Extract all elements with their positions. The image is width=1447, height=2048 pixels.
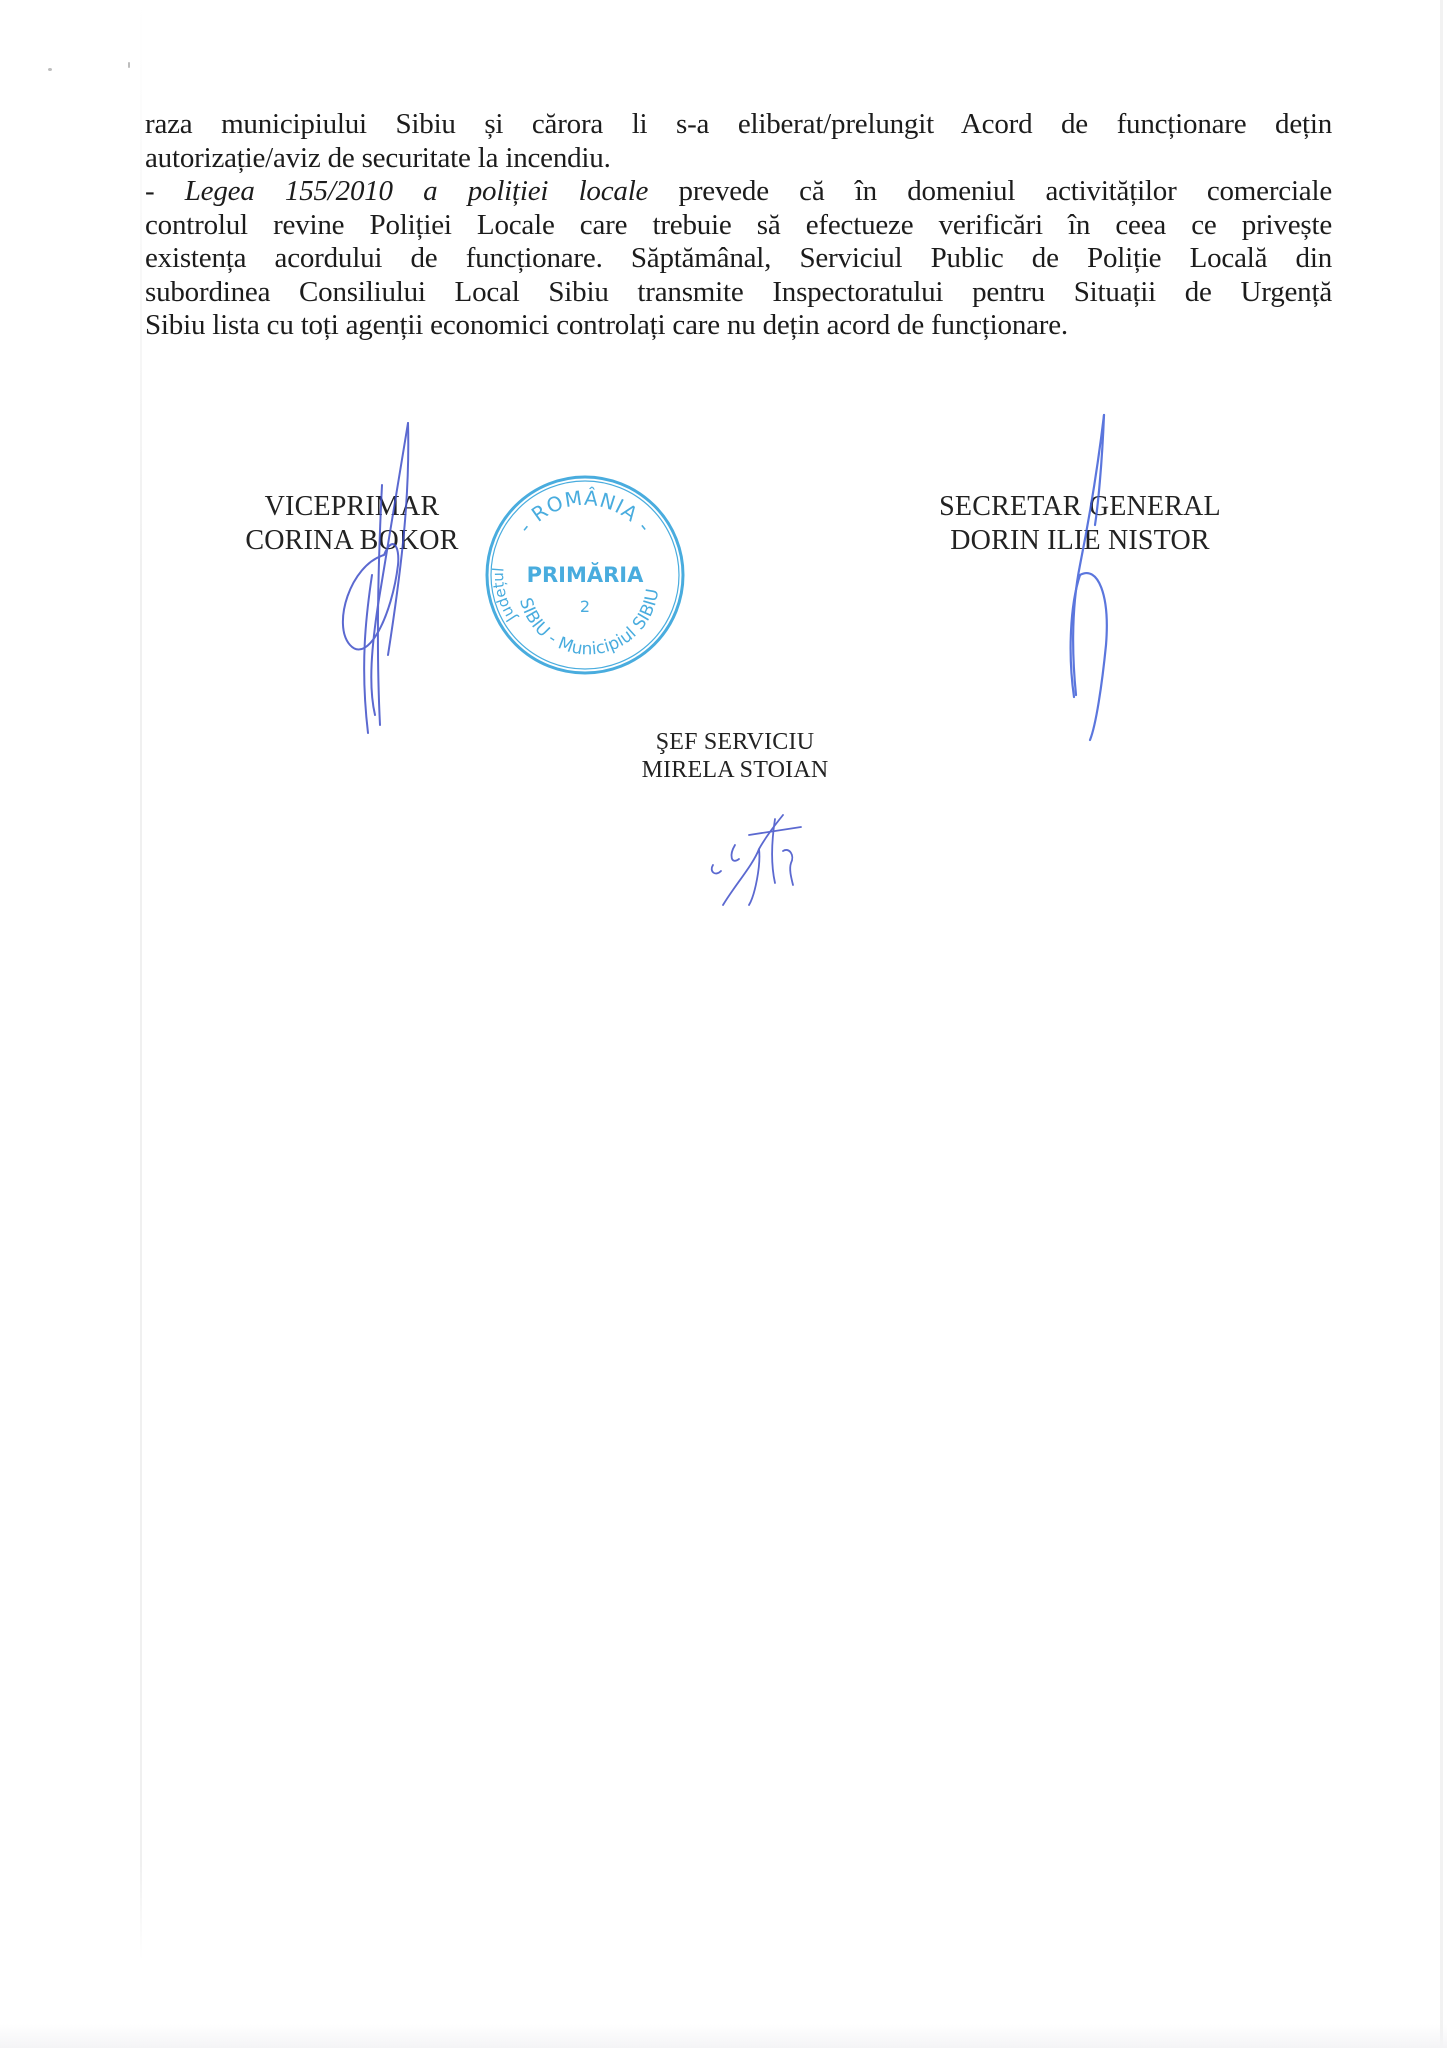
svg-text:2: 2 xyxy=(580,597,590,616)
svg-text:PRIMĂRIA: PRIMĂRIA xyxy=(527,562,645,587)
bullet-dash: - xyxy=(145,175,185,207)
text-line: existența acordului de funcționare. Săpt… xyxy=(145,242,1332,276)
signature-viceprimar-icon xyxy=(320,415,430,735)
signatory-name: DORIN ILIE NISTOR xyxy=(900,524,1260,558)
text-line: - Legea 155/2010 a poliției locale preve… xyxy=(145,175,1332,209)
signature-sef-serviciu-icon xyxy=(705,805,815,915)
official-stamp-icon: - ROMÂNIA - Județul SIBIU - Municipiul S… xyxy=(480,470,690,680)
signature-block-secretar-general: SECRETAR GENERAL DORIN ILIE NISTOR xyxy=(900,490,1260,558)
scan-speck xyxy=(48,68,52,71)
scan-edge-left xyxy=(140,0,142,1960)
text-line: raza municipiului Sibiu și cărora li s-a… xyxy=(145,108,1332,142)
text-segment: prevede că în domeniul activităților com… xyxy=(648,175,1332,207)
signatory-title: VICEPRIMAR xyxy=(222,490,482,524)
signatory-title: ŞEF SERVICIU xyxy=(600,728,870,756)
body-text: raza municipiului Sibiu și cărora li s-a… xyxy=(145,108,1332,343)
svg-text:Județul: Județul xyxy=(489,567,520,626)
scan-bottom-shadow xyxy=(0,2024,1447,2048)
paragraph-fire-safety: raza municipiului Sibiu și cărora li s-a… xyxy=(145,108,1332,175)
signature-block-viceprimar: VICEPRIMAR CORINA BOKOR xyxy=(222,490,482,558)
text-line: autorizație/aviz de securitate la incend… xyxy=(145,142,1332,176)
signatory-name: CORINA BOKOR xyxy=(222,524,482,558)
text-line: Sibiu lista cu toți agenții economici co… xyxy=(145,309,1332,343)
text-line: subordinea Consiliului Local Sibiu trans… xyxy=(145,276,1332,310)
paragraph-local-police-law: - Legea 155/2010 a poliției locale preve… xyxy=(145,175,1332,343)
scan-edge-right xyxy=(1440,0,1443,2048)
scan-speck xyxy=(128,62,130,68)
signature-secretar-general-icon xyxy=(1040,405,1130,745)
signature-block-sef-serviciu: ŞEF SERVICIU MIRELA STOIAN xyxy=(600,728,870,784)
law-reference: Legea 155/2010 a poliției locale xyxy=(185,175,648,207)
svg-text:- ROMÂNIA -: - ROMÂNIA - xyxy=(513,486,657,538)
signatory-name: MIRELA STOIAN xyxy=(600,756,870,784)
document-page: raza municipiului Sibiu și cărora li s-a… xyxy=(0,0,1447,2048)
signatory-title: SECRETAR GENERAL xyxy=(900,490,1260,524)
text-line: controlul revine Poliției Locale care tr… xyxy=(145,209,1332,243)
